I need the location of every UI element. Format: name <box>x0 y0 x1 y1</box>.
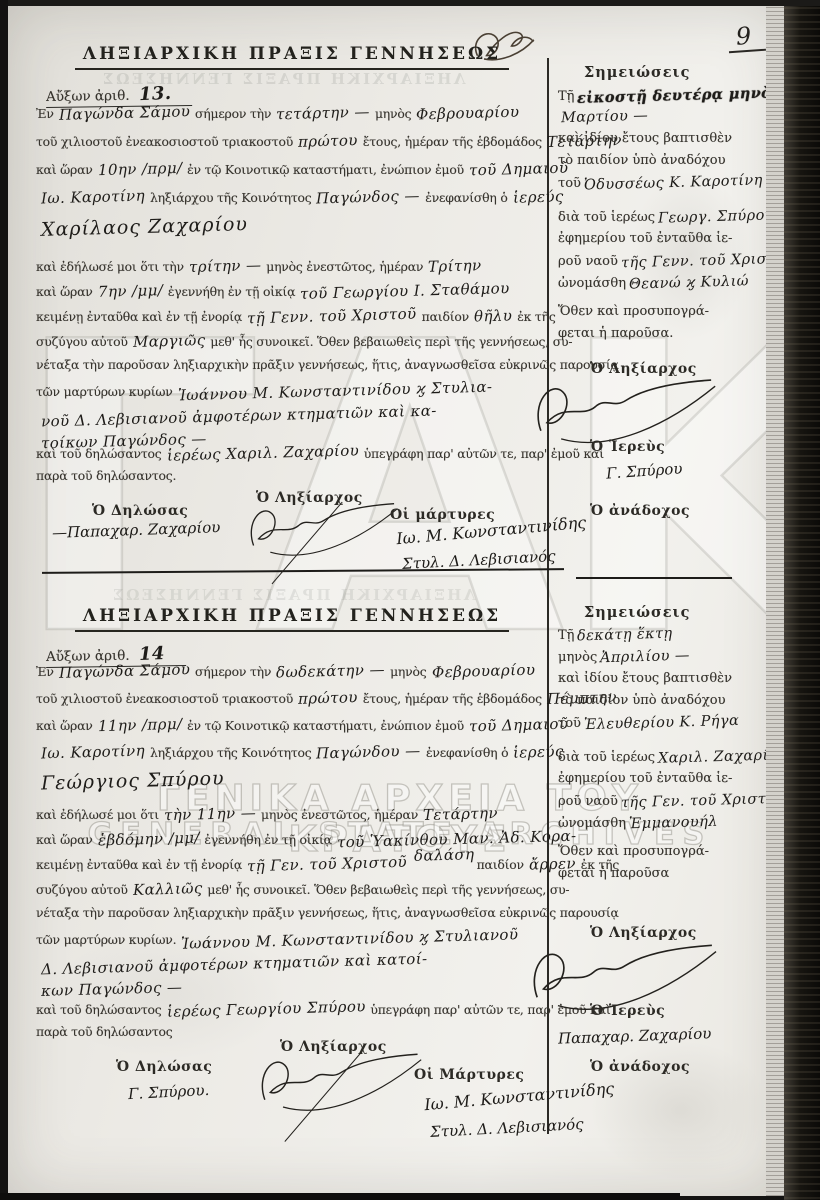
text-line: Τῇδεκάτῃ ἕκτῃ <box>558 627 770 649</box>
handwritten-text: 7ην /μμ/ <box>97 281 163 301</box>
notes-heading: Σημειώσεις <box>584 604 770 621</box>
text-line: φεται ἡ παροῦσα <box>558 866 770 888</box>
handwritten-text: ἱερέως Χαριλ. Ζαχαρίου <box>166 441 359 464</box>
handwritten-text: πρώτου <box>298 688 358 708</box>
printed-text: μηνὸς <box>390 664 426 679</box>
text-line: Τῇεἰκοστῇ δευτέρᾳ μηνὸς <box>558 87 770 109</box>
declarant-label: Ὁ Δηλώσας <box>116 1059 212 1075</box>
text-line: κειμένῃ ἐνταῦθα καὶ ἐν τῇ ἐνορίᾳτῇ Γενν.… <box>36 307 552 332</box>
text-line: καὶ ἰδίου ἔτους βαπτισθὲν <box>558 671 770 693</box>
printed-text: μηνὸς ἐνεστῶτος, ἡμέραν <box>266 259 423 274</box>
printed-text: καὶ ἐδήλωσέ μοι ὅτι τὴν <box>36 259 184 274</box>
text-line: καὶ ὥραν7ην /μμ/ἐγεννήθη ἐν τῇ οἰκίᾳτοῦ … <box>36 282 552 307</box>
handwritten-text: Φεβρουαρίου <box>416 103 520 124</box>
printed-text: καὶ ὥραν <box>36 162 93 177</box>
text-line: ροῦ ναοῦτῆς Γενν. τοῦ Χριστοῦ <box>558 253 770 275</box>
printed-text: τῶν μαρτύρων κυρίων <box>36 384 173 399</box>
printed-text: καὶ τοῦ δηλώσαντος <box>36 446 162 461</box>
body-paragraph-declaration: καὶ ἐδήλωσέ μοι ὅτιτὴν 11ην —μηνὸς ἐνεστ… <box>36 805 552 1005</box>
printed-text: διὰ τοῦ ἱερέως <box>558 210 655 225</box>
handwritten-text: Ἰωάννου Μ. Κωνσταντινίδου ϗ Στυλια- <box>177 378 492 405</box>
text-line: ἐφημερίου τοῦ ἐνταῦθα ἱε- <box>558 771 770 793</box>
printed-text: παρὰ τοῦ δηλώσαντος <box>36 1024 173 1039</box>
printed-text: Ἐν <box>36 106 54 121</box>
priest-label: Ὁ Ἱερεὺς <box>590 1003 665 1019</box>
text-line: Ὅθεν καὶ προσυπογρά- <box>558 304 770 326</box>
printed-text: καὶ ὥραν <box>36 284 93 299</box>
text-line: Γεώργιος Σπύρου <box>36 770 552 797</box>
handwritten-text: Θεανώ ϗ Κυλιώ <box>629 273 749 292</box>
printed-text: Ὅθεν καὶ προσυπογρά- <box>558 844 709 859</box>
text-line: μηνὸςἈπριλίου — <box>558 649 770 671</box>
handwritten-text: δαλάση <box>414 845 475 865</box>
text-line: Χαρίλαος Ζαχαρίου <box>36 216 552 244</box>
page-number: 9 <box>727 21 766 54</box>
godparent-label: Ὁ ἀνάδοχος <box>590 1059 690 1075</box>
text-line: Δ. Λεβισιανοῦ ἀμφοτέρων κτηματιῶν καὶ κα… <box>36 955 552 980</box>
handwritten-text: ἱερεύς <box>513 742 564 761</box>
printed-text: ἔτους, ἡμέραν τῆς ἑβδομάδος <box>363 134 542 149</box>
printed-text: φεται ἡ παροῦσα. <box>558 326 673 341</box>
handwritten-text: 11ην /πρμ/ <box>97 715 182 735</box>
printed-text: τοῦ χιλιοστοῦ ἐνεακοσιοστοῦ τριακοστοῦ <box>36 691 293 706</box>
handwritten-text: Παγώνδος — <box>316 187 420 208</box>
printed-text: Ὅθεν καὶ προσυπογρά- <box>558 304 709 319</box>
text-line: καὶ ὥραν10ην /πρμ/ἐν τῷ Κοινοτικῷ καταστ… <box>36 160 552 188</box>
text-line: τοῦ χιλιοστοῦ ἐνεακοσιοστοῦ τριακοστοῦπρ… <box>36 132 552 160</box>
notes-column-act-13: Σημειώσεις Τῇεἰκοστῇ δευτέρᾳ μηνὸςΜαρτίο… <box>558 64 770 348</box>
book-binding-edge <box>784 0 820 1200</box>
notes-column-act-14: Σημειώσεις Τῇδεκάτῃ ἕκτῃμηνὸςἈπριλίου —κ… <box>558 604 770 888</box>
handwritten-text: τοῦ Δημαιοῦ <box>469 715 569 736</box>
handwritten-text: ἑβδόμην /μμ/ <box>97 829 199 850</box>
printed-text: ἐγεννήθη ἐν τῇ οἰκίᾳ <box>204 832 331 847</box>
handwritten-text: Γεωργ. Σπύρου <box>658 207 774 226</box>
printed-text: ὠνομάσθη <box>558 276 626 291</box>
handwritten-text: δωδεκάτην — <box>276 660 385 681</box>
printed-text: καὶ ὥραν <box>36 718 93 733</box>
printed-text: ἐνεφανίσθη ὁ <box>426 745 508 760</box>
printed-text: καὶ ἰδίου ἔτους βαπτισθὲν <box>558 131 732 146</box>
printed-text: διὰ τοῦ ἱερέως <box>558 750 655 765</box>
handwritten-text: κων Παγώνδος — <box>41 978 183 1000</box>
printed-text: συζύγου αὐτοῦ <box>36 882 128 897</box>
text-line: Ὅθεν καὶ προσυπογρά- <box>558 844 770 866</box>
text-line: ὠνομάσθηΘεανώ ϗ Κυλιώ <box>558 275 770 297</box>
printed-text: παιδίον <box>477 857 524 872</box>
body-paragraph-declaration: καὶ ἐδήλωσέ μοι ὅτι τὴντρίτην —μηνὸς ἐνε… <box>36 257 552 457</box>
handwritten-text: Παγώνδα Σάμου <box>58 660 190 682</box>
text-line: καὶ ἐδήλωσέ μοι ὅτι τὴντρίτην —μηνὸς ἐνε… <box>36 257 552 282</box>
printed-text: σήμερον τὴν <box>195 664 271 679</box>
registry-act-title: ΛΗΞΙΑΡΧΙΚΗ ΠΡΑΞΙΣ ΓΕΝΝΗΣΕΩΣ <box>36 606 548 632</box>
text-line: καὶ ὥραν11ην /πρμ/ἐν τῷ Κοινοτικῷ καταστ… <box>36 716 552 743</box>
handwritten-text: Ὀδυσσέως Κ. Καροτίνη <box>584 173 763 194</box>
handwritten-text: τρίτην — <box>189 256 262 276</box>
printed-text: μεθ' ἧς συνοικεῖ. Ὅθεν βεβαιωθεὶς περὶ τ… <box>207 882 569 897</box>
text-line: τὸ παιδίον ὑπὸ ἀναδόχου <box>558 693 770 715</box>
handwritten-text: Ἰωάννου Μ. Κωνσταντινίδου ϗ Στυλιανοῦ <box>181 925 519 952</box>
printed-text: Ἐν <box>36 664 54 679</box>
printed-text: τὸ παιδίον ὑπὸ ἀναδόχου <box>558 153 725 168</box>
printed-text: ἐφημερίου τοῦ ἐνταῦθα ἱε- <box>558 771 732 786</box>
priest-label: Ὁ Ἱερεὺς <box>590 439 665 455</box>
text-line: Ιω. Καροτίνηληξιάρχου τῆς ΚοινότητοςΠαγώ… <box>36 188 552 216</box>
printed-text: μηνὸς ἐνεστῶτος, ἡμέραν <box>261 807 418 822</box>
handwritten-text: Χαρίλαος Ζαχαρίου <box>41 213 249 241</box>
handwritten-text: Παγώνδου — <box>316 742 421 763</box>
text-line: καὶ ἰδίου ἔτους βαπτισθὲν <box>558 131 770 153</box>
serial-label: Αὔξων ἀριθ. <box>46 88 130 105</box>
text-line: τῶν μαρτύρων κυρίωνἸωάννου Μ. Κωνσταντιν… <box>36 382 552 407</box>
text-line: διὰ τοῦ ἱερέωςΓεωργ. Σπύρου <box>558 209 770 231</box>
page-scan: ΓΑΚ ΓΕΝΙΚΑ ΑΡΧΕΙΑ ΤΟΥ ΚΡΑΤΟΥΣ GENERAL ST… <box>0 0 820 1200</box>
handwritten-text: τῇ Γεν. τοῦ Χριστοῦ <box>247 853 407 875</box>
text-line: συζύγου αὐτοῦΜαργιῶςμεθ' ἧς συνοικεῖ. Ὅθ… <box>36 332 552 357</box>
handwritten-text: 10ην /πρμ/ <box>97 159 182 179</box>
text-line: τοῦἘλευθερίου Κ. Ρήγα <box>558 715 770 737</box>
printed-text: τοῦ χιλιοστοῦ ἐνεακοσιοστοῦ τριακοστοῦ <box>36 134 293 149</box>
handwritten-text: Τρίτην <box>428 256 482 275</box>
printed-text: ἐνεφανίσθη ὁ <box>425 190 507 205</box>
body-paragraph-closing: καὶ τοῦ δηλώσαντοςἱερέως Χαριλ. Ζαχαρίου… <box>36 444 552 492</box>
printed-text: νέταξα τὴν παροῦσαν ληξιαρχικὴν πρᾶξιν γ… <box>36 357 619 372</box>
handwritten-text: τοῦ Δημαιοῦ <box>469 159 569 180</box>
printed-text: ληξιάρχου τῆς Κοινότητος <box>150 745 312 760</box>
notes-text: Τῇεἰκοστῇ δευτέρᾳ μηνὸςΜαρτίου —καὶ ἰδίο… <box>558 87 770 348</box>
scan-edge-top <box>0 0 820 6</box>
printed-text: ἐγεννήθη ἐν τῇ οἰκίᾳ <box>168 284 295 299</box>
registry-act-title: ΛΗΞΙΑΡΧΙΚΗ ΠΡΑΞΙΣ ΓΕΝΝΗΣΕΩΣ <box>36 44 548 70</box>
text-line: κειμένῃ ἐνταῦθα καὶ ἐν τῇ ἐνορίᾳτῇ Γεν. … <box>36 855 552 880</box>
printed-text: καὶ ὥραν <box>36 832 93 847</box>
printed-text: τοῦ <box>558 176 581 191</box>
printed-text: ροῦ ναοῦ <box>558 254 618 269</box>
handwritten-text: Γεώργιος Σπύρου <box>41 767 225 794</box>
printed-text: ἐφημερίου τοῦ ἐνταῦθα ἱε- <box>558 231 732 246</box>
handwritten-text: τῇ Γενν. τοῦ Χριστοῦ <box>247 305 417 328</box>
handwritten-text: ἱερεύς <box>512 187 563 206</box>
body-paragraph-appearance: ἘνΠαγώνδα Σάμουσήμερον τὴνδωδεκάτην —μην… <box>36 662 552 797</box>
printed-text: Τῇ <box>558 628 574 643</box>
text-line: ἐφημερίου τοῦ ἐνταῦθα ἱε- <box>558 231 770 253</box>
handwritten-text: Μαργιῶς <box>132 331 205 351</box>
handwritten-text: Παγώνδα Σάμου <box>58 102 190 124</box>
handwritten-text: πρώτου <box>298 131 358 151</box>
handwritten-text: τῆς Γεν. τοῦ Χριστοῦ <box>621 791 785 812</box>
printed-text: νέταξα τὴν παροῦσαν ληξιαρχικὴν πρᾶξιν γ… <box>36 905 619 920</box>
printed-text: ὑπεγράφη παρ' αὐτῶν τε, παρ' ἐμοῦ καὶ <box>364 446 604 461</box>
printed-text: καὶ τοῦ δηλώσαντος <box>36 1002 162 1017</box>
printed-text: τὸ παιδίον ὑπὸ ἀναδόχου <box>558 693 725 708</box>
text-line: Ιω. Καροτίνηληξιάρχου τῆς ΚοινότητοςΠαγώ… <box>36 743 552 770</box>
witnesses-label: Οἱ Μάρτυρες <box>414 1067 524 1083</box>
notes-text: Τῇδεκάτῃ ἕκτῃμηνὸςἈπριλίου —καὶ ἰδίου ἔτ… <box>558 627 770 888</box>
text-line: παρὰ τοῦ δηλώσαντος. <box>36 468 552 492</box>
printed-text: Τῇ <box>558 89 574 104</box>
scan-edge-bottom <box>0 1193 680 1200</box>
text-line: φεται ἡ παροῦσα. <box>558 326 770 348</box>
text-line: συζύγου αὐτοῦΚαλλιῶςμεθ' ἧς συνοικεῖ. Ὅθ… <box>36 880 552 905</box>
printed-text: ἐκ τῆς <box>517 309 555 324</box>
registrar-signature-flourish <box>518 372 733 448</box>
text-line: ἘνΠαγώνδα Σάμουσήμερον τὴνδωδεκάτην —μην… <box>36 662 552 689</box>
printed-text: ληξιάρχου τῆς Κοινότητος <box>150 190 312 205</box>
handwritten-text: Ἐλευθερίου Κ. Ρήγα <box>584 713 740 733</box>
text-line: νοῦ Δ. Λεβισιανοῦ ἀμφοτέρων κτηματιῶν κα… <box>36 407 552 432</box>
declarant-label: Ὁ Δηλώσας <box>92 503 188 519</box>
handwritten-text: τετάρτην — <box>276 103 370 124</box>
notes-heading: Σημειώσεις <box>584 64 770 81</box>
printed-text: συζύγου αὐτοῦ <box>36 334 128 349</box>
printed-text: ἐν τῷ Κοινοτικῷ καταστήματι, ἐνώπιον ἐμο… <box>187 162 464 177</box>
handwritten-text: Ἐμμανουήλ <box>629 814 718 832</box>
text-line: διὰ τοῦ ἱερέωςΧαριλ. Ζαχαρίου <box>558 749 770 771</box>
handwritten-text: Ιω. Καροτίνη <box>41 742 145 763</box>
handwritten-text: τὴν 11ην — <box>164 804 257 825</box>
handwritten-text: εἰκοστῇ δευτέρᾳ μηνὸς <box>577 84 781 107</box>
witnesses-label: Οἱ μάρτυρες <box>390 507 495 523</box>
printed-text: τῶν μαρτύρων κυρίων. <box>36 932 176 947</box>
text-line: καὶ τοῦ δηλώσαντοςἱερέως Χαριλ. Ζαχαρίου… <box>36 444 552 468</box>
registrar-signature-flourish <box>238 1047 448 1147</box>
handwritten-text: Φεβρουαρίου <box>431 661 535 682</box>
handwritten-text: Τετάρτην <box>423 804 498 824</box>
printed-text: ὠνομάσθη <box>558 816 626 831</box>
printed-text: σήμερον τὴν <box>195 106 271 121</box>
handwritten-text: δεκάτῃ ἕκτῃ <box>577 626 673 645</box>
godparent-label: Ὁ ἀνάδοχος <box>590 503 690 519</box>
printed-text: κειμένῃ ἐνταῦθα καὶ ἐν τῇ ἐνορίᾳ <box>36 309 242 324</box>
page-stack-edge <box>766 6 784 1196</box>
printed-text: ἔτους, ἡμέραν τῆς ἑβδομάδος <box>363 691 542 706</box>
printed-text: παρὰ τοῦ δηλώσαντος. <box>36 468 176 483</box>
body-paragraph-appearance: ἘνΠαγώνδα Σάμουσήμερον τὴντετάρτην —μηνὸ… <box>36 104 552 244</box>
text-line: ἘνΠαγώνδα Σάμουσήμερον τὴντετάρτην —μηνὸ… <box>36 104 552 132</box>
text-line: τοῦὈδυσσέως Κ. Καροτίνη <box>558 175 770 197</box>
text-line: τῶν μαρτύρων κυρίων.Ἰωάννου Μ. Κωνσταντι… <box>36 930 552 955</box>
printed-text: παιδίον <box>422 309 469 324</box>
printed-text: κειμένῃ ἐνταῦθα καὶ ἐν τῇ ἐνορίᾳ <box>36 857 242 872</box>
printed-text: μεθ' ἧς συνοικεῖ. Ὅθεν βεβαιωθεὶς περὶ τ… <box>210 334 572 349</box>
handwritten-text: τοῦ Γεωργίου Ι. Σταθάμου <box>300 279 510 303</box>
scan-edge-left <box>0 0 8 1200</box>
text-line: τὸ παιδίον ὑπὸ ἀναδόχου <box>558 153 770 175</box>
text-line: καὶ τοῦ δηλώσαντοςἱερέως Γεωργίου Σπύρου… <box>36 1000 552 1024</box>
text-line: ὠνομάσθηἘμμανουήλ <box>558 815 770 837</box>
handwritten-text: Μαρτίου — <box>561 108 649 126</box>
handwritten-text: ἱερέως Γεωργίου Σπύρου <box>166 997 365 1021</box>
handwritten-text: Καλλιῶς <box>132 879 202 899</box>
text-line: ροῦ ναοῦτῆς Γεν. τοῦ Χριστοῦ <box>558 793 770 815</box>
printed-text: καὶ ἐδήλωσέ μοι ὅτι <box>36 807 159 822</box>
printed-text: ροῦ ναοῦ <box>558 794 618 809</box>
handwritten-text: Ιω. Καροτίνη <box>41 187 145 208</box>
text-line: καὶ ἐδήλωσέ μοι ὅτιτὴν 11ην —μηνὸς ἐνεστ… <box>36 805 552 830</box>
handwritten-text: Ἀπριλίου — <box>600 648 690 666</box>
printed-text: καὶ ἰδίου ἔτους βαπτισθὲν <box>558 671 732 686</box>
printed-text: τοῦ <box>558 716 581 731</box>
printed-text: μηνὸς <box>375 106 411 121</box>
act-separator-notes <box>576 577 732 579</box>
printed-text: μηνὸς <box>558 650 597 665</box>
text-line: τοῦ χιλιοστοῦ ἐνεακοσιοστοῦ τριακοστοῦπρ… <box>36 689 552 716</box>
printed-text: φεται ἡ παροῦσα <box>558 866 669 881</box>
printed-text: ἐν τῷ Κοινοτικῷ καταστήματι, ἐνώπιον ἐμο… <box>187 718 464 733</box>
text-line: Μαρτίου — <box>558 109 770 131</box>
handwritten-text: θῆλυ <box>474 306 513 325</box>
text-line: καὶ ὥρανἑβδόμην /μμ/ἐγεννήθη ἐν τῇ οἰκίᾳ… <box>36 830 552 855</box>
